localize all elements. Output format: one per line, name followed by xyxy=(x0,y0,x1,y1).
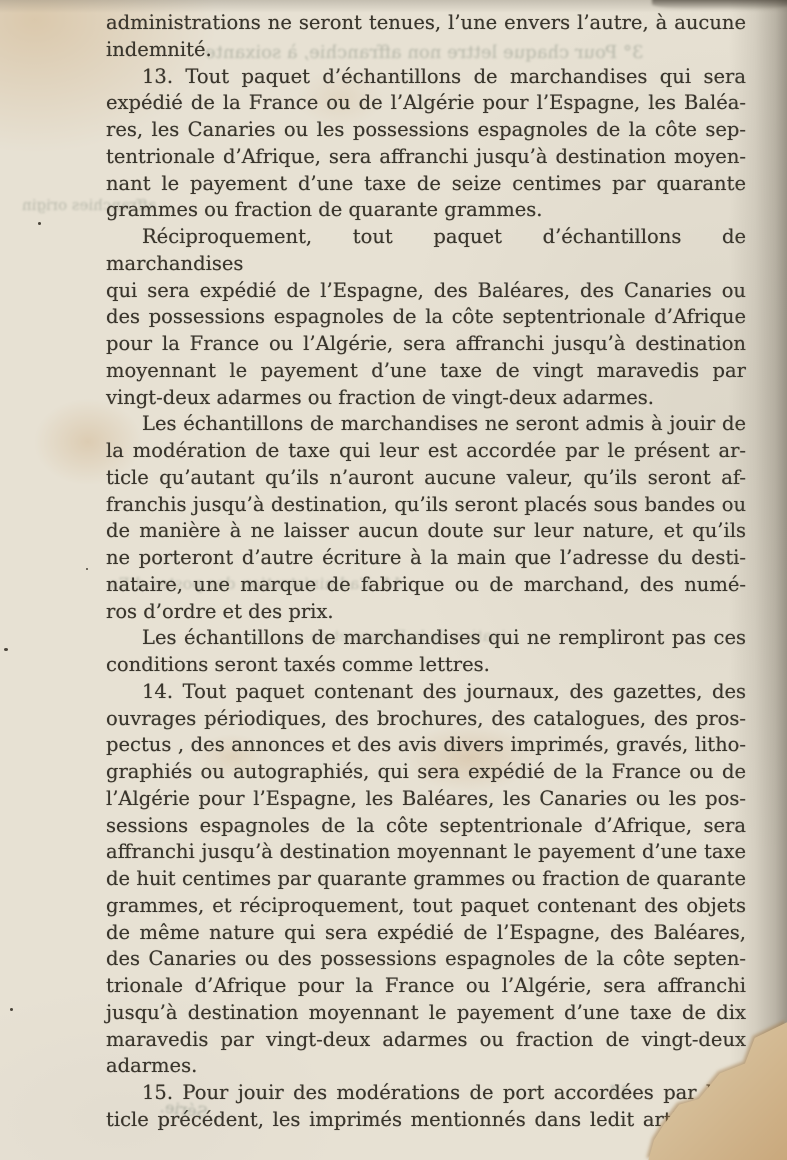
text-line: grammes, et réciproquement, tout paquet … xyxy=(106,893,746,920)
text-line: ros d’ordre et des prix. xyxy=(106,599,746,626)
paragraph-conditions-moderation: Les échantillons de marchandises ne sero… xyxy=(106,411,746,625)
text-line: des possessions espagnoles de la côte se… xyxy=(106,304,746,331)
text-line: de manière à ne laisser aucun doute sur … xyxy=(106,518,746,545)
ink-speck xyxy=(10,1008,13,1011)
text-line: indemnité. xyxy=(106,37,746,64)
text-line: 13. Tout paquet d’échantillons de marcha… xyxy=(106,64,746,91)
text-line: ouvrages périodiques, des brochures, des… xyxy=(106,706,746,733)
text-line: Les échantillons de marchandises ne sero… xyxy=(106,411,746,438)
text-line: l’Algérie pour l’Espagne, les Baléares, … xyxy=(106,786,746,813)
text-line: la modération de taxe qui leur est accor… xyxy=(106,438,746,465)
text-line: tentrionale d’Afrique, sera affranchi ju… xyxy=(106,144,746,171)
text-line: graphiés ou autographiés, qui sera expéd… xyxy=(106,759,746,786)
text-line: sessions espagnoles de la côte septentri… xyxy=(106,813,746,840)
text-line: jusqu’à destination moyennant le payemen… xyxy=(106,1000,746,1027)
text-line: res, les Canaries ou les possessions esp… xyxy=(106,117,746,144)
text-line: maravedis par vingt-deux adarmes ou frac… xyxy=(106,1027,746,1054)
document-text: administrations ne seront tenues, l’une … xyxy=(106,10,746,1134)
ink-speck xyxy=(38,222,41,225)
text-line: vingt-deux adarmes ou fraction de vingt-… xyxy=(106,385,746,412)
paragraph-article-13: 13. Tout paquet d’échantillons de marcha… xyxy=(106,64,746,225)
text-line: ticle précédent, les imprimés mentionnés… xyxy=(106,1107,746,1134)
text-line: 15. Pour jouir des modérations de port a… xyxy=(106,1080,746,1107)
paragraph-continuation: administrations ne seront tenues, l’une … xyxy=(106,10,746,64)
ink-speck xyxy=(4,648,8,651)
text-line: trionale d’Afrique pour la France ou l’A… xyxy=(106,973,746,1000)
text-line: ne porteront d’autre écriture à la main … xyxy=(106,545,746,572)
text-line: moyennant le payement d’une taxe de ving… xyxy=(106,358,746,385)
text-line: de même nature qui sera expédié de l’Esp… xyxy=(106,920,746,947)
text-line: 14. Tout paquet contenant des journaux, … xyxy=(106,679,746,706)
text-line: administrations ne seront tenues, l’une … xyxy=(106,10,746,37)
text-line: pectus , des annonces et des avis divers… xyxy=(106,732,746,759)
text-line: nant le payement d’une taxe de seize cen… xyxy=(106,171,746,198)
paragraph-article-15: 15. Pour jouir des modérations de port a… xyxy=(106,1080,746,1134)
text-line: expédié de la France ou de l’Algérie pou… xyxy=(106,90,746,117)
text-line: franchis jusqu’à destination, qu’ils ser… xyxy=(106,492,746,519)
paragraph-taxes-comme-lettres: Les échantillons de marchandises qui ne … xyxy=(106,625,746,679)
text-line: nataire, une marque de fabrique ou de ma… xyxy=(106,572,746,599)
text-line: conditions seront taxés comme lettres. xyxy=(106,652,746,679)
text-line: Réciproquement, tout paquet d’échantillo… xyxy=(106,224,746,278)
ink-speck xyxy=(86,568,88,570)
paragraph-article-14: 14. Tout paquet contenant des journaux, … xyxy=(106,679,746,1080)
scanned-page: 3° Pour chaque lettre non affranchie, à … xyxy=(0,0,787,1160)
text-line: qui sera expédié de l’Espagne, des Baléa… xyxy=(106,278,746,305)
text-line: adarmes. xyxy=(106,1053,746,1080)
text-line: affranchi jusqu’à destination moyennant … xyxy=(106,839,746,866)
text-line: des Canaries ou des possessions espagnol… xyxy=(106,946,746,973)
text-line: pour la France ou l’Algérie, sera affran… xyxy=(106,331,746,358)
text-line: Les échantillons de marchandises qui ne … xyxy=(106,625,746,652)
paragraph-reciproquement: Réciproquement, tout paquet d’échantillo… xyxy=(106,224,746,411)
text-line: grammes ou fraction de quarante grammes. xyxy=(106,197,746,224)
text-line: de huit centimes par quarante grammes ou… xyxy=(106,866,746,893)
text-line: ticle qu’autant qu’ils n’auront aucune v… xyxy=(106,465,746,492)
